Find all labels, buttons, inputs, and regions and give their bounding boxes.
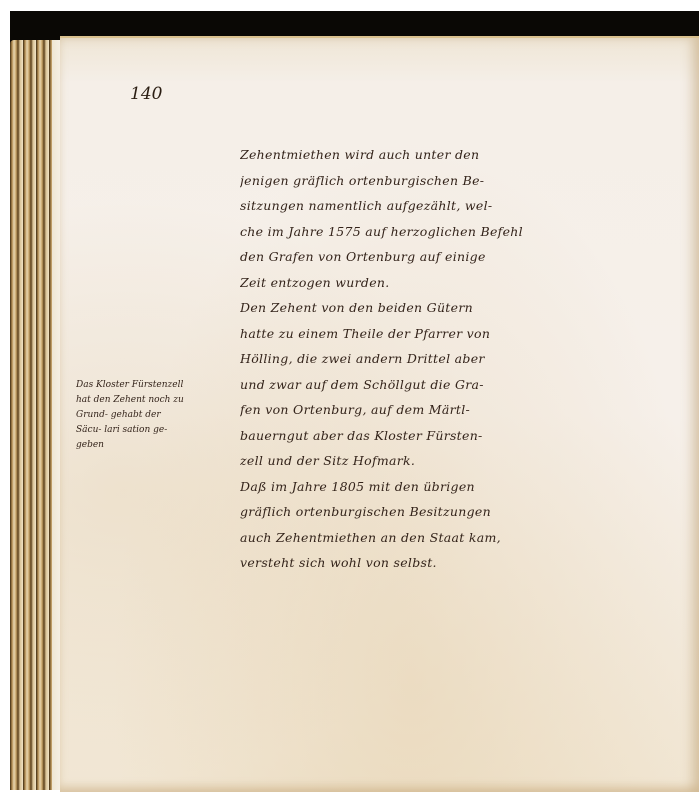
- margin-note-line: Das Kloster Fürstenzell: [76, 378, 236, 393]
- manuscript-body-text: Zehentmiethen wird auch unter den jenige…: [240, 142, 670, 576]
- text-line: jenigen gräflich ortenburgischen Be-: [240, 168, 670, 194]
- margin-note-line: Grund- gehabt der: [76, 408, 236, 423]
- page-stack-edge: [10, 40, 62, 790]
- text-line: zell und der Sitz Hofmark.: [240, 448, 670, 474]
- text-line: Zeit entzogen wurden.: [240, 270, 670, 296]
- text-line: auch Zehentmiethen an den Staat kam,: [240, 525, 670, 551]
- text-line: Zehentmiethen wird auch unter den: [240, 142, 670, 168]
- text-line: bauerngut aber das Kloster Fürsten-: [240, 423, 670, 449]
- text-line: fen von Ortenburg, auf dem Märtl-: [240, 397, 670, 423]
- text-line: versteht sich wohl von selbst.: [240, 550, 670, 576]
- text-line: Den Zehent von den beiden Gütern: [240, 295, 670, 321]
- text-line: hatte zu einem Theile der Pfarrer von: [240, 321, 670, 347]
- text-line: gräflich ortenburgischen Besitzungen: [240, 499, 670, 525]
- text-line: sitzungen namentlich aufgezählt, wel-: [240, 193, 670, 219]
- margin-note-line: Säcu- lari sation ge-: [76, 423, 236, 438]
- text-line: che im Jahre 1575 auf herzoglichen Befeh…: [240, 219, 670, 245]
- text-line: Hölling, die zwei andern Drittel aber: [240, 346, 670, 372]
- margin-note: Das Kloster Fürstenzell hat den Zehent n…: [76, 378, 236, 453]
- text-line: den Grafen von Ortenburg auf einige: [240, 244, 670, 270]
- margin-note-line: geben: [76, 438, 236, 453]
- text-line: Daß im Jahre 1805 mit den übrigen: [240, 474, 670, 500]
- margin-note-line: hat den Zehent noch zu: [76, 393, 236, 408]
- text-line: und zwar auf dem Schöllgut die Gra-: [240, 372, 670, 398]
- page-number: 140: [130, 84, 162, 104]
